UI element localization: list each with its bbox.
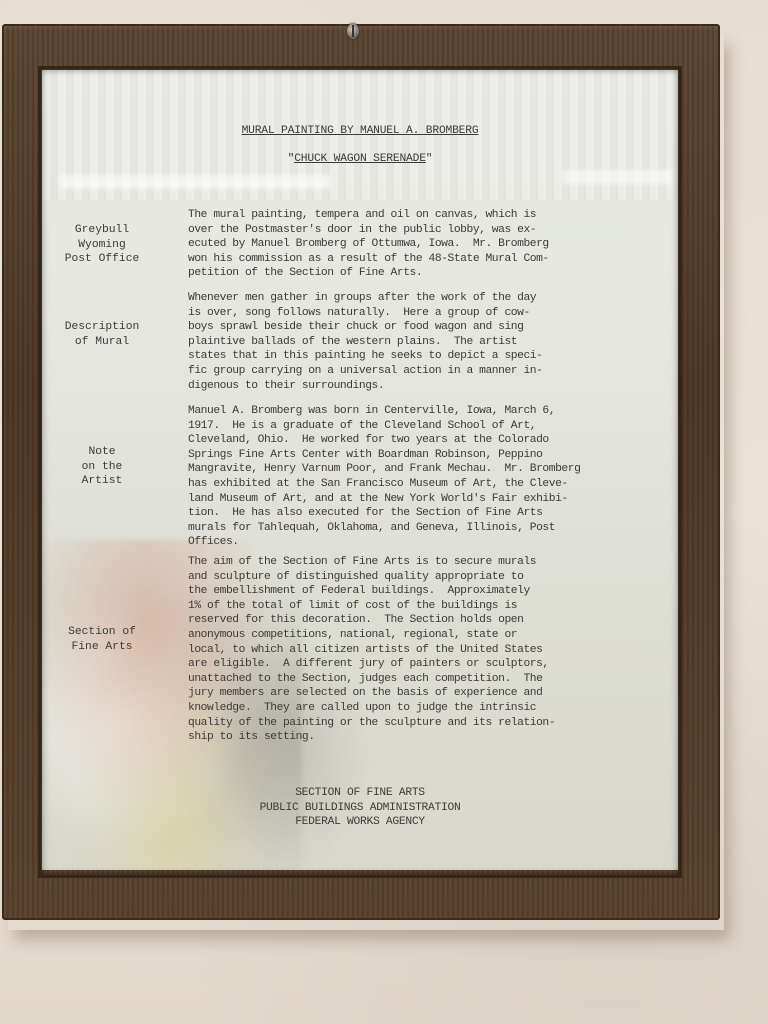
- screw-icon: [347, 23, 359, 39]
- frame-inner-edge: [38, 66, 682, 878]
